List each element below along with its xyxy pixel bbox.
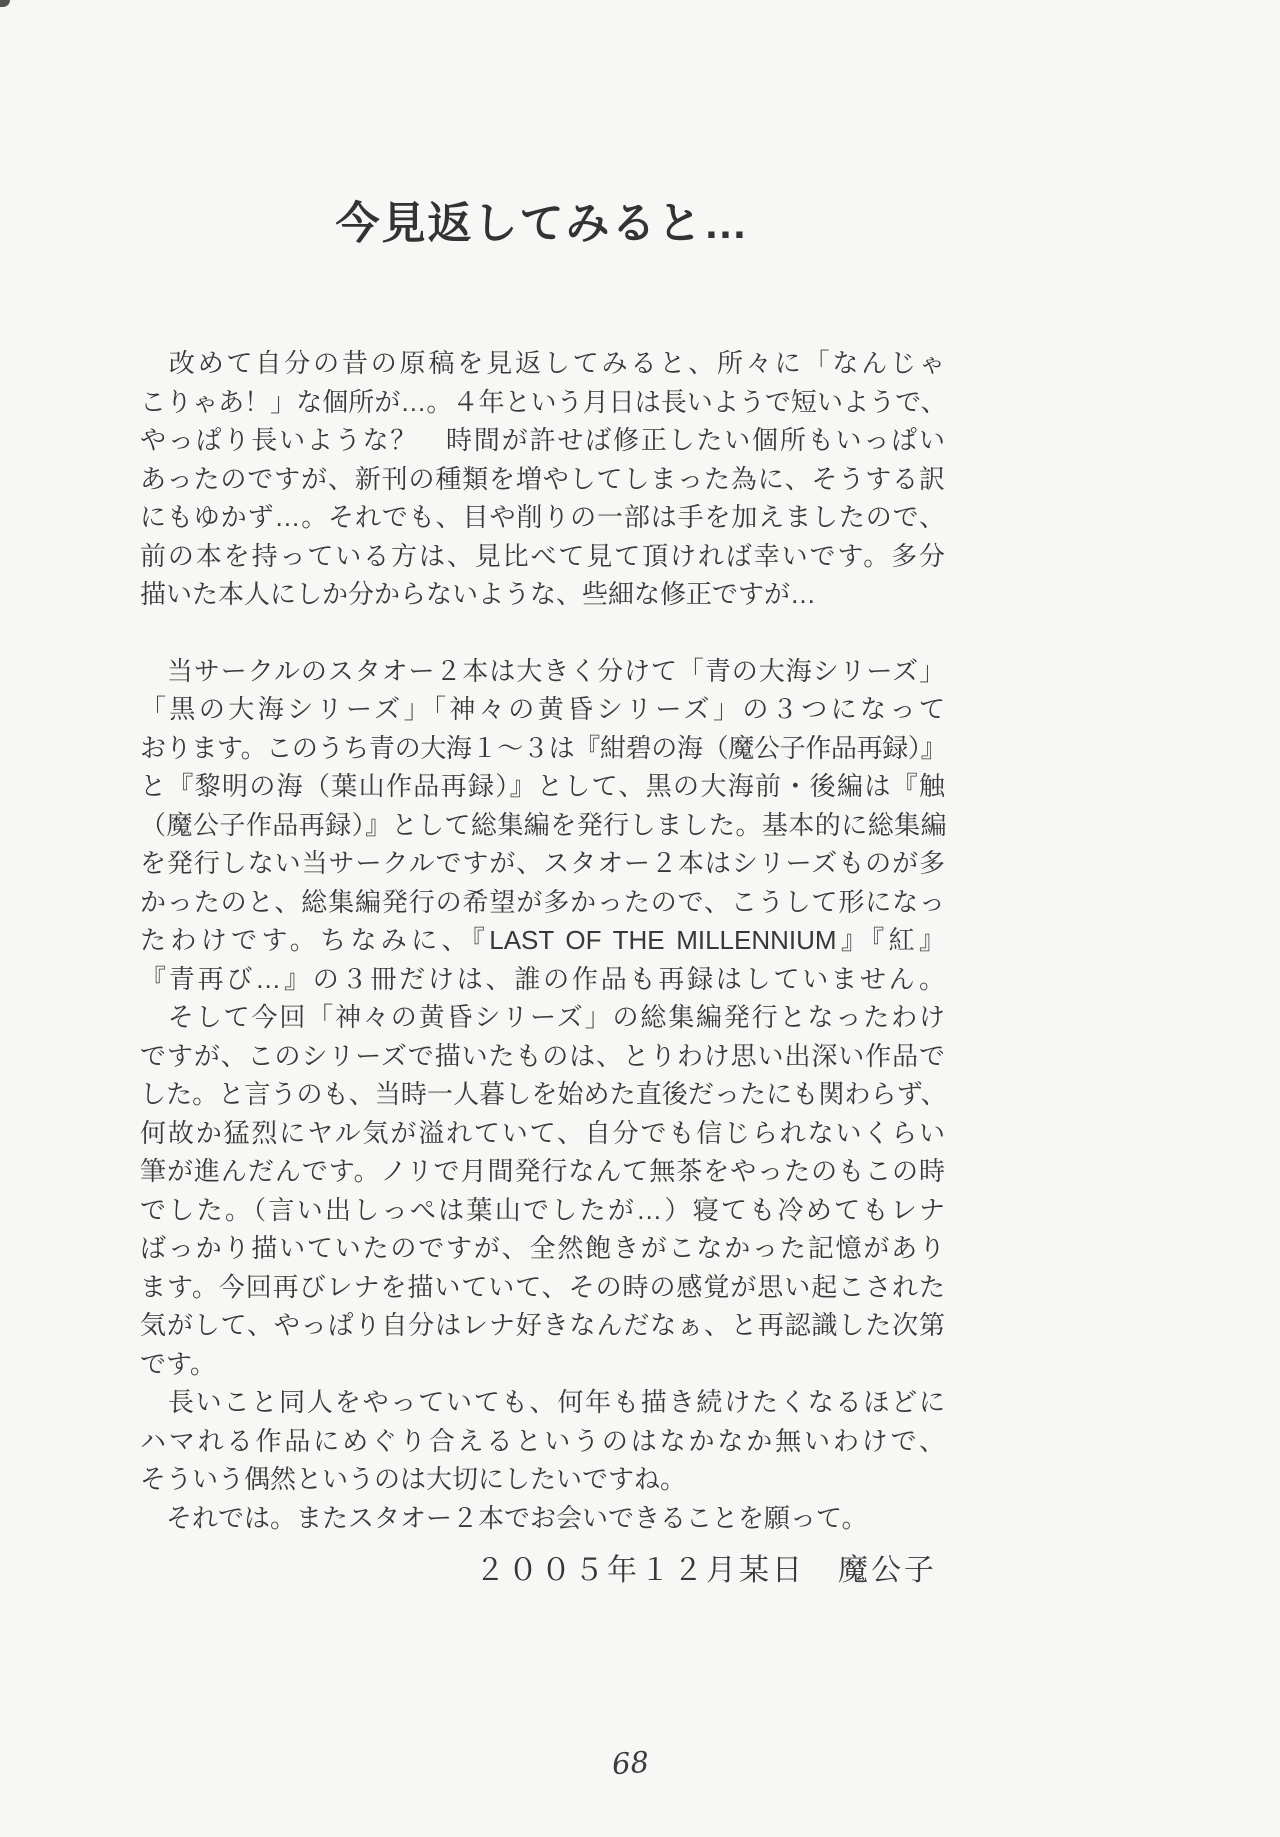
text-line: （魔公子作品再録）』として総集編を発行しました。基本的に総集編: [140, 806, 945, 845]
text-line: そして今回「神々の黄昏シリーズ」の総集編発行となったわけ: [140, 998, 945, 1037]
text-line: やっぱり長いような？ 時間が許せば修正したい個所もいっぱい: [140, 421, 945, 460]
paragraph-2: 当サークルのスタオー２本は大きく分けて「青の大海シリーズ」 「黒の大海シリーズ」…: [140, 652, 945, 999]
text-line: 筆が進んだんです。ノリで月間発行なんて無茶をやったのもこの時: [140, 1152, 945, 1191]
text-line: かったのと、総集編発行の希望が多かったので、こうして形になっ: [140, 883, 945, 922]
text-line: です。: [140, 1345, 945, 1384]
text-line: 気がして、やっぱり自分はレナ好きなんだなぁ、と再認識した次第: [140, 1306, 945, 1345]
text-line: した。と言うのも、当時一人暮しを始めた直後だったにも関わらず、: [140, 1075, 945, 1114]
text-line: ハマれる作品にめぐり合えるというのはなかなか無いわけで、: [140, 1422, 945, 1461]
paragraph-4: 長いこと同人をやっていても、何年も描き続けたくなるほどに ハマれる作品にめぐり合…: [140, 1383, 945, 1537]
date-signature: ２００５年１２月某日 魔公子: [140, 1551, 945, 1591]
text-line: でした。（言い出しっぺは葉山でしたが…）寝ても冷めてもレナ: [140, 1191, 945, 1230]
text-line: 何故か猛烈にヤル気が溢れていて、自分でも信じられないくらい: [140, 1114, 945, 1153]
scan-corner-artifact: [0, 0, 10, 7]
text-line: 「黒の大海シリーズ」「神々の黄昏シリーズ」の３つになって: [140, 690, 945, 729]
page-content: 今見返してみると… 改めて自分の昔の原稿を見返してみると、所々に「なんじゃ こり…: [140, 196, 945, 1591]
text-line: こりゃあ！」な個所が…。４年という月日は長いようで短いようで、: [140, 383, 945, 422]
text-line: ですが、このシリーズで描いたものは、とりわけ思い出深い作品で: [140, 1037, 945, 1076]
page-title: 今見返してみると…: [140, 196, 945, 252]
text-line: にもゆかず…。それでも、目や削りの一部は手を加えましたので、: [140, 498, 945, 537]
text-line: 長いこと同人をやっていても、何年も描き続けたくなるほどに: [140, 1383, 945, 1422]
paragraph-3: そして今回「神々の黄昏シリーズ」の総集編発行となったわけ ですが、このシリーズで…: [140, 998, 945, 1383]
text-line: そういう偶然というのは大切にしたいですね。: [140, 1460, 945, 1499]
text-line: たわけです。ちなみに、『LAST OF THE MILLENNIUM』『紅』: [140, 921, 945, 960]
scanned-afterword-page: 今見返してみると… 改めて自分の昔の原稿を見返してみると、所々に「なんじゃ こり…: [0, 0, 1280, 1837]
text-line: と『黎明の海（葉山作品再録）』として、黒の大海前・後編は『触: [140, 767, 945, 806]
text-line: ます。今回再びレナを描いていて、その時の感覚が思い起こされた: [140, 1268, 945, 1307]
text-line: 改めて自分の昔の原稿を見返してみると、所々に「なんじゃ: [140, 344, 945, 383]
paragraph-1: 改めて自分の昔の原稿を見返してみると、所々に「なんじゃ こりゃあ！」な個所が…。…: [140, 344, 945, 614]
text-line: おります。このうち青の大海１～３は『紺碧の海（魔公子作品再録）』: [140, 729, 945, 768]
text-line: ばっかり描いていたのですが、全然飽きがこなかった記憶があり: [140, 1229, 945, 1268]
text-line: それでは。またスタオー２本でお会いできることを願って。: [140, 1499, 945, 1538]
text-line: あったのですが、新刊の種類を増やしてしまった為に、そうする訳: [140, 460, 945, 499]
text-line: 『青再び…』の３冊だけは、誰の作品も再録はしていません。: [140, 960, 945, 999]
text-line: 描いた本人にしか分からないような、些細な修正ですが…: [140, 575, 945, 614]
text-line: 当サークルのスタオー２本は大きく分けて「青の大海シリーズ」: [140, 652, 945, 691]
text-line: 前の本を持っている方は、見比べて見て頂ければ幸いです。多分: [140, 537, 945, 576]
page-number: 68: [611, 1745, 650, 1781]
text-line: を発行しない当サークルですが、スタオー２本はシリーズものが多: [140, 844, 945, 883]
